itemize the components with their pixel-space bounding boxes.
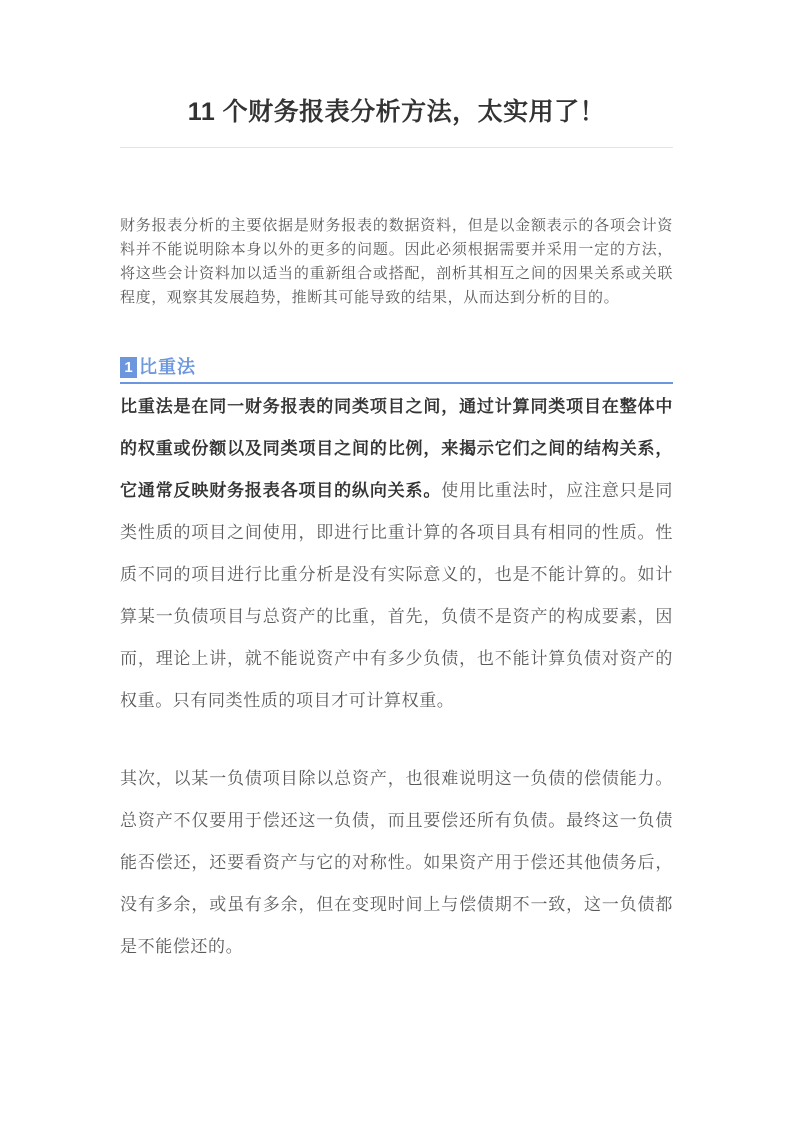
section-lead-paragraph: 比重法是在同一财务报表的同类项目之间，通过计算同类项目在整体中的权重或份额以及同… — [120, 386, 673, 722]
section-number-badge: 1 — [120, 357, 137, 378]
intro-paragraph: 财务报表分析的主要依据是财务报表的数据资料，但是以金额表示的各项会计资料并不能说… — [120, 214, 673, 310]
section-heading-label: 比重法 — [139, 357, 196, 378]
section-paragraph-2: 其次，以某一负债项目除以总资产，也很难说明这一负债的偿债能力。总资产不仅要用于偿… — [120, 758, 673, 968]
title-divider — [120, 147, 673, 148]
section-heading: 1比重法 — [120, 356, 673, 384]
page-title: 11 个财务报表分析方法，太实用了！ — [120, 0, 673, 130]
lead-regular-text: 使用比重法时，应注意只是同类性质的项目之间使用，即进行比重计算的各项目具有相同的… — [120, 481, 673, 710]
article-content: 11 个财务报表分析方法，太实用了！ 财务报表分析的主要依据是财务报表的数据资料… — [120, 0, 673, 968]
article-page: 11 个财务报表分析方法，太实用了！ 财务报表分析的主要依据是财务报表的数据资料… — [0, 0, 793, 1122]
